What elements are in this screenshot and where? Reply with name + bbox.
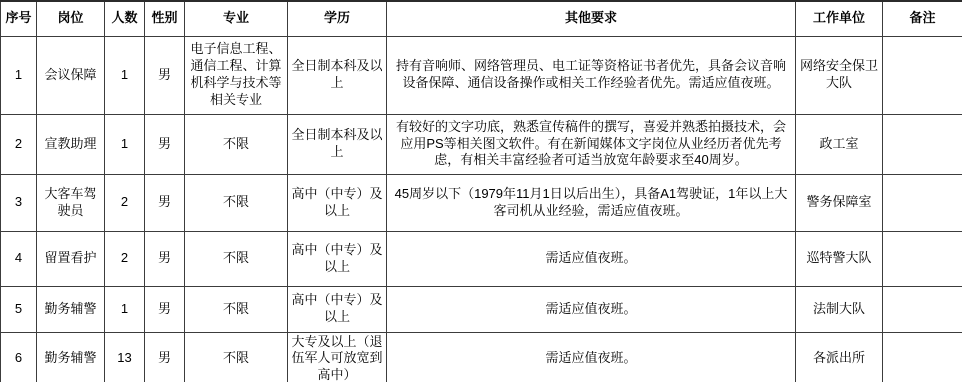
cell-major: 不限 (185, 231, 288, 286)
cell-requirements: 持有音响师、网络管理员、电工证等资格证书者优先，具备会议音响设备保障、通信设备操… (387, 36, 796, 114)
table-row: 6 勤务辅警 13 男 不限 大专及以上（退伍军人可放宽到高中） 需适应值夜班。… (1, 332, 962, 382)
col-header-remark: 备注 (883, 1, 962, 36)
cell-no: 6 (1, 332, 37, 382)
cell-major: 不限 (185, 332, 288, 382)
cell-no: 2 (1, 114, 37, 174)
cell-position: 会议保障 (37, 36, 105, 114)
cell-requirements: 需适应值夜班。 (387, 286, 796, 332)
cell-count: 1 (105, 286, 145, 332)
cell-no: 3 (1, 174, 37, 231)
cell-position: 留置看护 (37, 231, 105, 286)
cell-gender: 男 (145, 231, 185, 286)
cell-count: 1 (105, 114, 145, 174)
table-row: 3 大客车驾驶员 2 男 不限 高中（中专）及以上 45周岁以下（1979年11… (1, 174, 962, 231)
cell-unit: 警务保障室 (796, 174, 883, 231)
cell-remark (883, 231, 962, 286)
cell-major: 电子信息工程、通信工程、计算机科学与技术等相关专业 (185, 36, 288, 114)
cell-education: 大专及以上（退伍军人可放宽到高中） (288, 332, 387, 382)
col-header-requirements: 其他要求 (387, 1, 796, 36)
job-table-sheet: 序号 岗位 人数 性别 专业 学历 其他要求 工作单位 备注 1 会议保障 1 … (0, 0, 962, 382)
cell-unit: 政工室 (796, 114, 883, 174)
cell-unit: 法制大队 (796, 286, 883, 332)
cell-gender: 男 (145, 332, 185, 382)
cell-major: 不限 (185, 174, 288, 231)
cell-position: 勤务辅警 (37, 332, 105, 382)
cell-education: 全日制本科及以上 (288, 36, 387, 114)
cell-major: 不限 (185, 286, 288, 332)
cell-count: 2 (105, 174, 145, 231)
cell-education: 全日制本科及以上 (288, 114, 387, 174)
cell-major: 不限 (185, 114, 288, 174)
cell-education: 高中（中专）及以上 (288, 174, 387, 231)
cell-unit: 网络安全保卫大队 (796, 36, 883, 114)
col-header-no: 序号 (1, 1, 37, 36)
cell-education: 高中（中专）及以上 (288, 286, 387, 332)
cell-requirements: 需适应值夜班。 (387, 231, 796, 286)
cell-no: 4 (1, 231, 37, 286)
cell-count: 13 (105, 332, 145, 382)
header-row: 序号 岗位 人数 性别 专业 学历 其他要求 工作单位 备注 (1, 1, 962, 36)
cell-position: 宣教助理 (37, 114, 105, 174)
table-row: 4 留置看护 2 男 不限 高中（中专）及以上 需适应值夜班。 巡特警大队 (1, 231, 962, 286)
cell-position: 大客车驾驶员 (37, 174, 105, 231)
cell-position: 勤务辅警 (37, 286, 105, 332)
cell-count: 1 (105, 36, 145, 114)
cell-requirements: 有较好的文字功底，熟悉宣传稿件的撰写，喜爱并熟悉拍摄技术，会应用PS等相关图文软… (387, 114, 796, 174)
table-row: 5 勤务辅警 1 男 不限 高中（中专）及以上 需适应值夜班。 法制大队 (1, 286, 962, 332)
cell-gender: 男 (145, 36, 185, 114)
cell-requirements: 需适应值夜班。 (387, 332, 796, 382)
cell-requirements: 45周岁以下（1979年11月1日以后出生），具备A1驾驶证，1年以上大客司机从… (387, 174, 796, 231)
cell-remark (883, 174, 962, 231)
col-header-count: 人数 (105, 1, 145, 36)
table-row: 1 会议保障 1 男 电子信息工程、通信工程、计算机科学与技术等相关专业 全日制… (1, 36, 962, 114)
recruitment-table: 序号 岗位 人数 性别 专业 学历 其他要求 工作单位 备注 1 会议保障 1 … (0, 0, 962, 382)
cell-gender: 男 (145, 114, 185, 174)
cell-no: 5 (1, 286, 37, 332)
col-header-education: 学历 (288, 1, 387, 36)
cell-gender: 男 (145, 174, 185, 231)
col-header-unit: 工作单位 (796, 1, 883, 36)
cell-unit: 各派出所 (796, 332, 883, 382)
cell-count: 2 (105, 231, 145, 286)
cell-remark (883, 286, 962, 332)
col-header-major: 专业 (185, 1, 288, 36)
col-header-position: 岗位 (37, 1, 105, 36)
cell-unit: 巡特警大队 (796, 231, 883, 286)
cell-remark (883, 114, 962, 174)
cell-education: 高中（中专）及以上 (288, 231, 387, 286)
col-header-gender: 性别 (145, 1, 185, 36)
cell-remark (883, 332, 962, 382)
cell-remark (883, 36, 962, 114)
cell-gender: 男 (145, 286, 185, 332)
cell-no: 1 (1, 36, 37, 114)
table-row: 2 宣教助理 1 男 不限 全日制本科及以上 有较好的文字功底，熟悉宣传稿件的撰… (1, 114, 962, 174)
